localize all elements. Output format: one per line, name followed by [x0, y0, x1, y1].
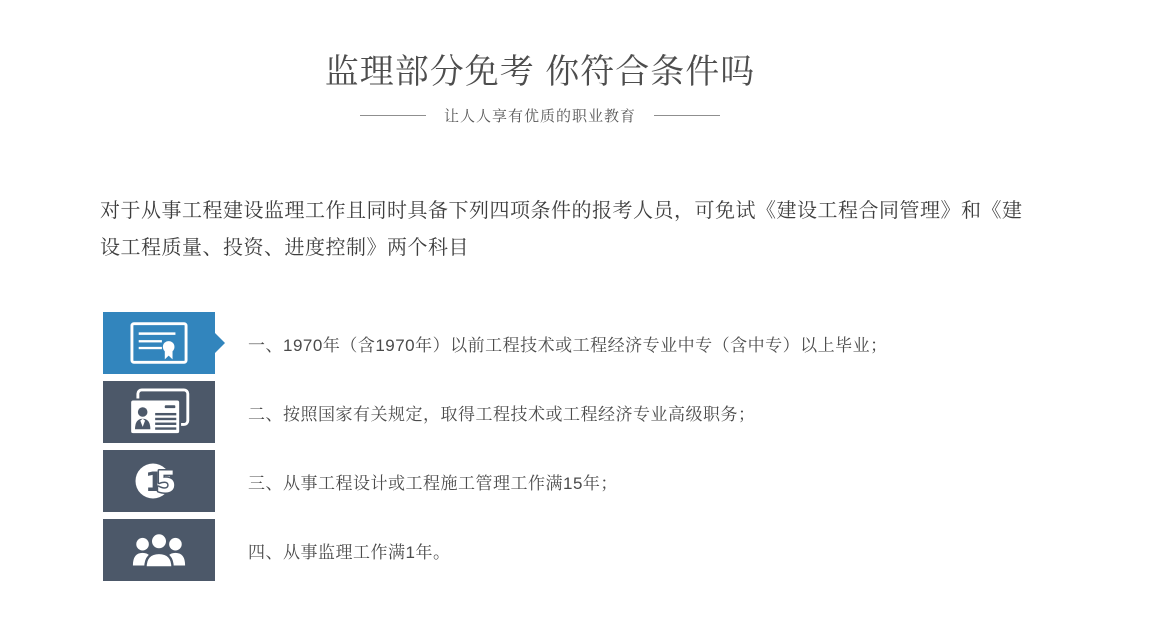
condition-text: 三、从事工程设计或工程施工管理工作满15年； — [248, 469, 618, 494]
condition-list: 一、1970年（含1970年）以前工程技术或工程经济专业中专（含中专）以上毕业； — [103, 312, 1080, 581]
certificate-icon — [130, 321, 188, 365]
subtitle-text: 让人人享有优质的职业教育 — [444, 105, 636, 126]
condition-1-icon-box — [103, 312, 215, 374]
condition-row-4: 四、从事监理工作满1年。 — [103, 519, 1080, 581]
arrow-right-pointer-icon — [215, 333, 225, 353]
condition-2-icon-box — [103, 381, 215, 443]
people-group-icon — [130, 529, 188, 571]
badge-15-years-icon: 1 5 — [132, 458, 186, 504]
condition-row-3: 1 5 三、从事工程设计或工程施工管理工作满15年； — [103, 450, 1080, 512]
subtitle-right-divider — [654, 115, 720, 116]
condition-4-icon-box — [103, 519, 215, 581]
svg-text:5: 5 — [156, 465, 176, 499]
condition-3-icon-box: 1 5 — [103, 450, 215, 512]
subtitle-left-divider — [360, 115, 426, 116]
condition-row-2: 二、按照国家有关规定，取得工程技术或工程经济专业高级职务； — [103, 381, 1080, 443]
subtitle: 让人人享有优质的职业教育 — [0, 105, 1080, 126]
condition-row-1: 一、1970年（含1970年）以前工程技术或工程经济专业中专（含中专）以上毕业； — [103, 312, 1080, 374]
id-card-icon — [128, 388, 190, 436]
page-title: 监理部分免考 你符合条件吗 — [0, 52, 1080, 92]
condition-text: 一、1970年（含1970年）以前工程技术或工程经济专业中专（含中专）以上毕业； — [248, 331, 888, 356]
exemption-section: 监理部分免考 你符合条件吗 让人人享有优质的职业教育 对于从事工程建设监理工作且… — [0, 52, 1080, 581]
intro-paragraph: 对于从事工程建设监理工作且同时具备下列四项条件的报考人员，可免试《建设工程合同管… — [100, 193, 1030, 267]
condition-text: 二、按照国家有关规定，取得工程技术或工程经济专业高级职务； — [248, 400, 756, 425]
condition-text: 四、从事监理工作满1年。 — [248, 538, 450, 563]
